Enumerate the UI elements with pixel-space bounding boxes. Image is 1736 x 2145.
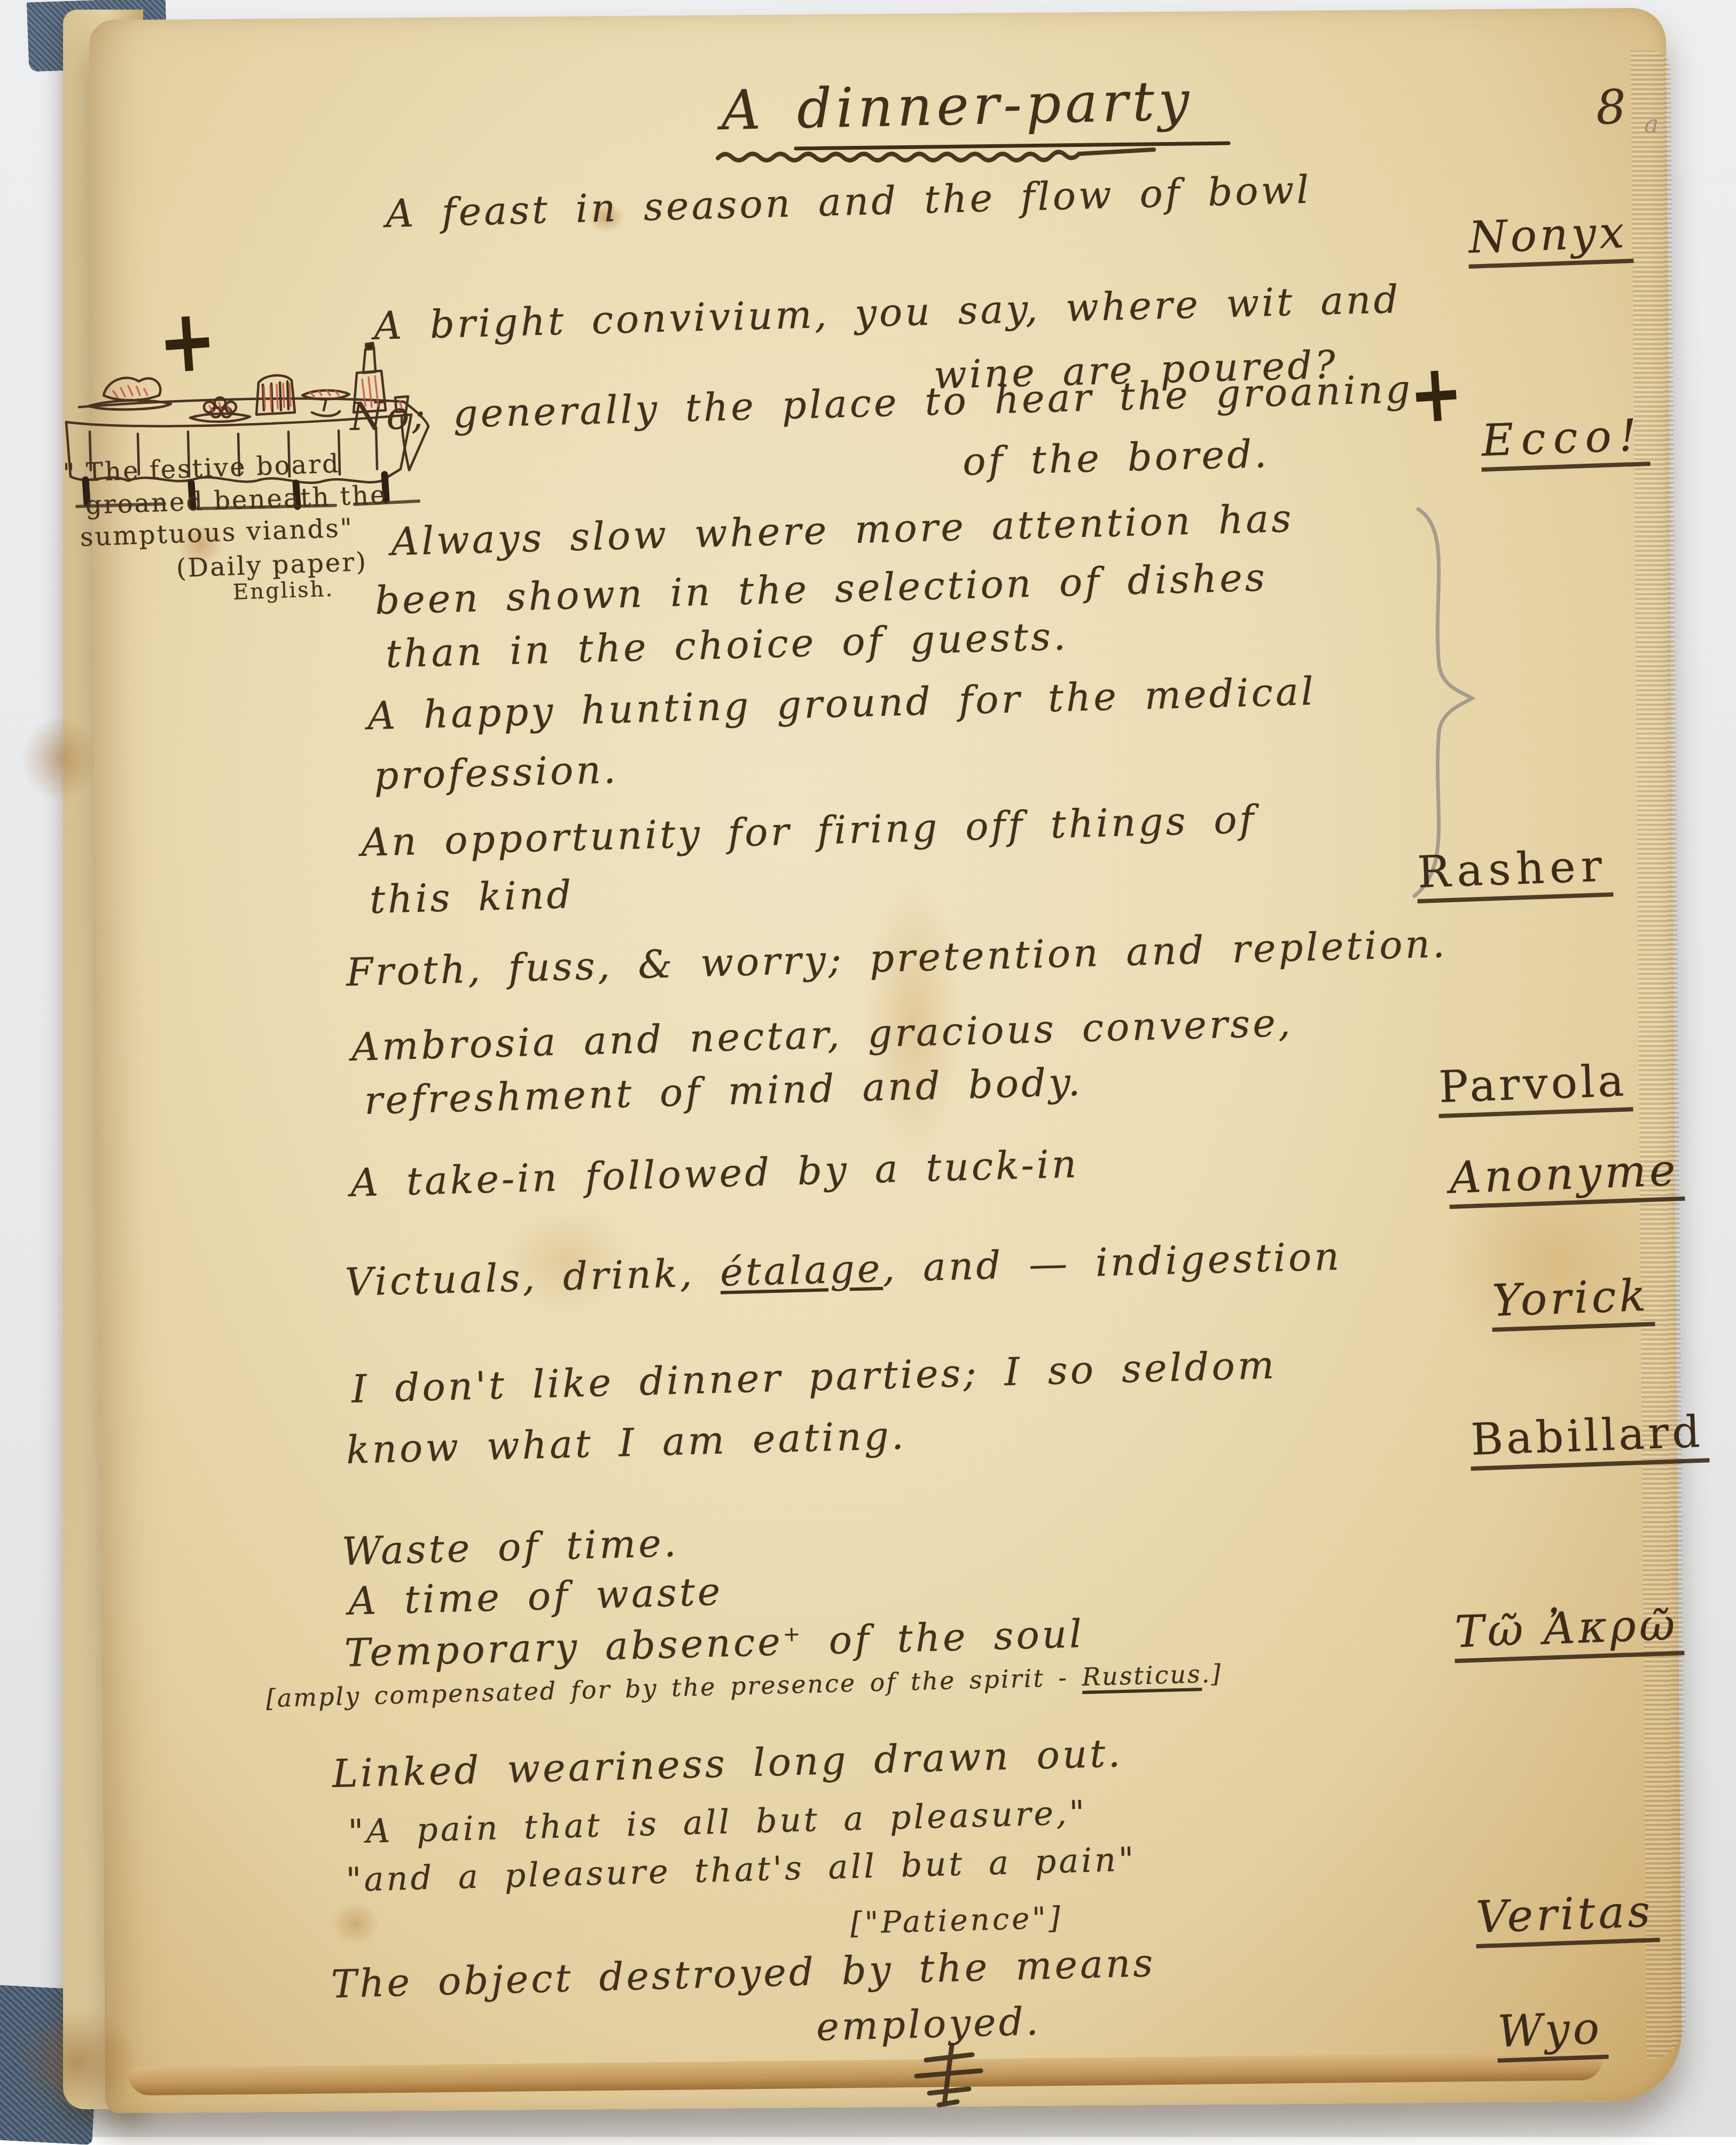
sketch-caption-line-5: English. bbox=[232, 576, 334, 605]
entry-2-line-4: of the bored. bbox=[962, 431, 1270, 484]
page-title: A dinner-party bbox=[721, 69, 1194, 142]
end-flourish-icon bbox=[908, 2042, 994, 2117]
signature-ecco: Ecco! bbox=[1480, 410, 1651, 472]
entry-9-underlined-word: étalage bbox=[720, 1246, 883, 1295]
cross-reference-mark-icon: + bbox=[1406, 346, 1466, 442]
signature-parvola: Parvola bbox=[1437, 1055, 1633, 1118]
signature-veritas: Veritas bbox=[1474, 1886, 1660, 1948]
signature-anonyme: Anonyme bbox=[1448, 1145, 1685, 1209]
pencil-brace bbox=[1389, 505, 1490, 900]
signature-to-akro: Τῶ Ἀκρῶ bbox=[1453, 1599, 1684, 1663]
entry-11-segment-post: of the soul bbox=[803, 1611, 1085, 1664]
entry-12-line-4: ["Patience"] bbox=[850, 1901, 1063, 1941]
signature-nonyx: Nonyx bbox=[1467, 207, 1633, 269]
signature-yorick: Yorick bbox=[1490, 1270, 1655, 1332]
signature-babillard: Babillard bbox=[1469, 1406, 1709, 1471]
notebook-photo: A dinner-party 8 a A feast in season and… bbox=[0, 0, 1736, 2137]
page-number: 8 bbox=[1595, 79, 1630, 135]
page-number-suffix: a bbox=[1644, 110, 1659, 138]
page-fore-edge-stack bbox=[1631, 50, 1686, 2059]
title-wavy-underline bbox=[716, 143, 1239, 165]
signature-rasher: Rasher bbox=[1416, 840, 1614, 903]
entry-11-line-1: Waste of time. bbox=[341, 1520, 679, 1574]
entry-4-line-2: profession. bbox=[373, 747, 619, 798]
footnote-underlined-word: Rusticus bbox=[1082, 1659, 1202, 1691]
entry-5-line-2: this kind bbox=[369, 872, 574, 922]
footnote-segment-post: .] bbox=[1201, 1659, 1223, 1688]
signature-wyo: Wyo bbox=[1496, 2003, 1609, 2063]
footnote-cross-mark-icon: + bbox=[783, 1622, 803, 1647]
